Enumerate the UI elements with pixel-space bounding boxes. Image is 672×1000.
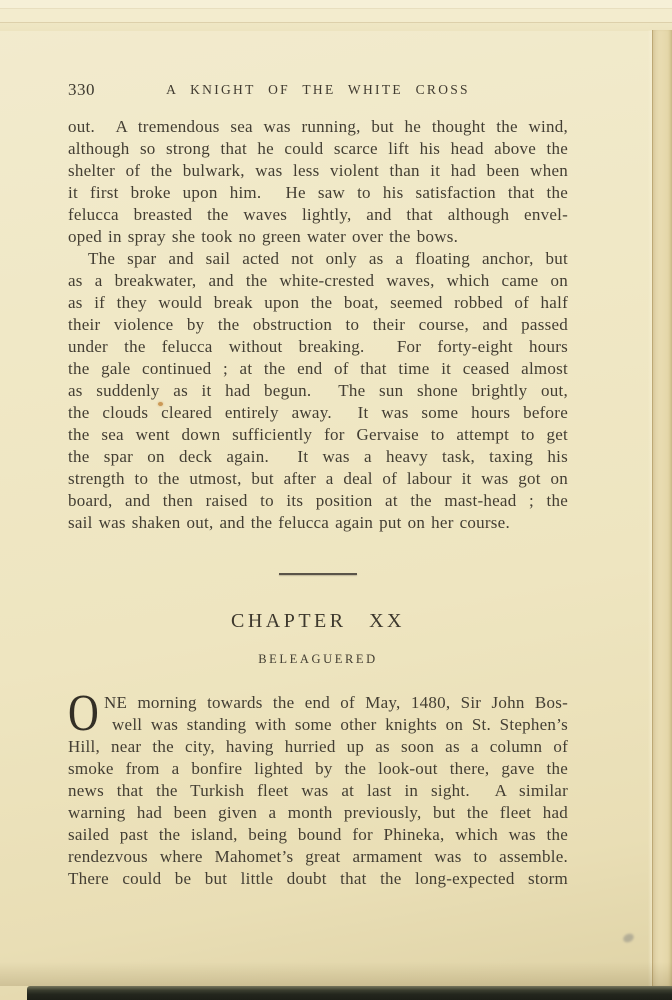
text-line: out. A tremendous sea was running, but h… — [68, 116, 568, 138]
text-line: rendezvous where Mahomet’s great armamen… — [68, 846, 568, 868]
drop-cap: O — [68, 691, 99, 737]
page-bottom-shadow — [0, 962, 672, 986]
text-line: Hill, near the city, having hurried up a… — [68, 736, 568, 758]
text-line: sail was shaken out, and the felucca aga… — [68, 512, 568, 534]
text-line: sailed past the island, being bound for … — [68, 824, 568, 846]
paragraph: The spar and sail acted not only as a fl… — [68, 248, 568, 534]
paragraph: O NE morning towards the end of May, 148… — [68, 692, 568, 890]
book-page: 330 A KNIGHT OF THE WHITE CROSS out. A t… — [0, 0, 672, 1000]
text-line: their violence by the obstruction to the… — [68, 314, 568, 336]
text-line: the gale continued ; at the end of that … — [68, 358, 568, 380]
text-line: the spar on deck again. It was a heavy t… — [68, 446, 568, 468]
section-divider — [279, 573, 357, 575]
text-line: well was standing with some other knight… — [68, 714, 568, 736]
text-line: oped in spray she took no green water ov… — [68, 226, 568, 248]
book-cover-edge — [27, 986, 672, 1000]
chapter-heading: CHAPTER XX — [68, 610, 568, 633]
page-header: 330 A KNIGHT OF THE WHITE CROSS — [68, 80, 568, 100]
text-line: news that the Turkish fleet was at last … — [68, 780, 568, 802]
text-line: as if they would break upon the boat, se… — [68, 292, 568, 314]
text-line: NE morning towards the end of May, 1480,… — [68, 692, 568, 714]
text-line: warning had been given a month previousl… — [68, 802, 568, 824]
paragraph: out. A tremendous sea was running, but h… — [68, 116, 568, 248]
text-line: the clouds cleared entirely away. It was… — [68, 402, 568, 424]
text-column: 330 A KNIGHT OF THE WHITE CROSS out. A t… — [68, 0, 568, 198]
pencil-smudge — [622, 932, 635, 944]
text-line: felucca breasted the waves lightly, and … — [68, 204, 568, 226]
text-line: under the felucca without breaking. For … — [68, 336, 568, 358]
text-line: There could be but little doubt that the… — [68, 868, 568, 890]
text-line: although so strong that he could scarce … — [68, 138, 568, 160]
page-right-edge — [652, 30, 672, 986]
running-title: A KNIGHT OF THE WHITE CROSS — [68, 82, 568, 98]
text-line: the sea went down sufficiently for Gerva… — [68, 424, 568, 446]
text-line: it first broke upon him. He saw to his s… — [68, 182, 568, 204]
chapter-subtitle: BELEAGUERED — [68, 652, 568, 667]
text-line: board, and then raised to its position a… — [68, 490, 568, 512]
text-line: shelter of the bulwark, was less violent… — [68, 160, 568, 182]
text-line: as suddenly as it had begun. The sun sho… — [68, 380, 568, 402]
text-line: as a breakwater, and the white-crested w… — [68, 270, 568, 292]
text-line: The spar and sail acted not only as a fl… — [68, 248, 568, 270]
text-line: strength to the utmost, but after a deal… — [68, 468, 568, 490]
text-line: smoke from a bonfire lighted by the look… — [68, 758, 568, 780]
